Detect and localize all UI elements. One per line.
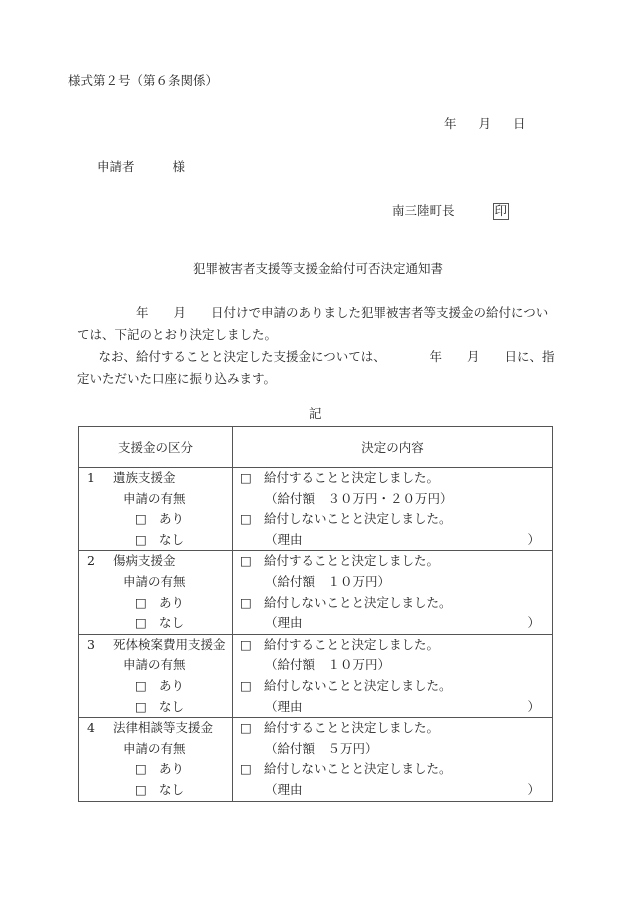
applicant-honorific: 様 <box>173 159 186 174</box>
checkbox-no[interactable]: □ <box>135 780 159 801</box>
row-number: 2 <box>87 551 113 572</box>
no-label: なし <box>159 532 184 547</box>
seal-stamp: 印 <box>493 203 510 220</box>
deny-text: 給付しないことと決定しました。 <box>264 761 452 776</box>
application-label: 申請の有無 <box>79 739 232 760</box>
category-name: 傷病支援金 <box>113 553 176 568</box>
grant-text: 給付することと決定しました。 <box>264 720 439 735</box>
application-label: 申請の有無 <box>79 489 232 510</box>
checkbox-yes[interactable]: □ <box>135 759 159 780</box>
grant-amount: （給付額 ３０万円・２０万円） <box>233 489 552 510</box>
deny-text: 給付しないことと決定しました。 <box>264 511 452 526</box>
checkbox-grant[interactable]: □ <box>240 468 264 489</box>
checkbox-deny[interactable]: □ <box>240 509 264 530</box>
row-number: 1 <box>87 468 113 489</box>
date-line: 年月日 <box>444 118 526 131</box>
checkbox-grant[interactable]: □ <box>240 551 264 572</box>
no-label: なし <box>159 699 184 714</box>
applicant-line: 申請者様 <box>97 161 185 174</box>
reason-open: （理由 <box>265 532 303 547</box>
body-line-2: ては、下記のとおり決定しました。 <box>77 324 546 346</box>
reason-close: ） <box>527 530 540 551</box>
category-cell: 2傷病支援金 申請の有無 □あり □なし <box>79 551 233 634</box>
checkbox-deny[interactable]: □ <box>240 593 264 614</box>
checkbox-yes[interactable]: □ <box>135 509 159 530</box>
checkbox-deny[interactable]: □ <box>240 759 264 780</box>
checkbox-yes[interactable]: □ <box>135 676 159 697</box>
checkbox-no[interactable]: □ <box>135 697 159 718</box>
checkbox-deny[interactable]: □ <box>240 676 264 697</box>
decision-table: 支援金の区分 決定の内容 1遺族支援金 申請の有無 □あり □なし □給付するこ… <box>78 426 553 802</box>
ki-heading: 記 <box>309 408 322 421</box>
checkbox-grant[interactable]: □ <box>240 718 264 739</box>
category-cell: 4法律相談等支援金 申請の有無 □あり □なし <box>79 718 233 801</box>
applicant-label: 申請者 <box>97 159 135 174</box>
form-number: 様式第２号（第６条関係） <box>68 75 218 88</box>
deny-text: 給付しないことと決定しました。 <box>264 678 452 693</box>
decision-cell: □給付することと決定しました。 （給付額 ５万円） □給付しないことと決定しまし… <box>233 718 553 801</box>
body-line-4: 定いただいた口座に振り込みます。 <box>77 368 546 390</box>
grant-text: 給付することと決定しました。 <box>264 553 439 568</box>
table-row: 1遺族支援金 申請の有無 □あり □なし □給付することと決定しました。 （給付… <box>79 468 553 551</box>
body-line-1: 年 月 日付けで申請のありました犯罪被害者等支援金の給付につい <box>86 302 546 324</box>
category-name: 遺族支援金 <box>113 470 176 485</box>
no-label: なし <box>159 615 184 630</box>
category-name: 法律相談等支援金 <box>113 720 213 735</box>
issuer-title: 南三陸町長 <box>392 203 455 218</box>
grant-text: 給付することと決定しました。 <box>264 637 439 652</box>
reason-open: （理由 <box>265 615 303 630</box>
checkbox-grant[interactable]: □ <box>240 635 264 656</box>
reason-open: （理由 <box>265 699 303 714</box>
grant-amount: （給付額 １０万円） <box>233 655 552 676</box>
table-row: 2傷病支援金 申請の有無 □あり □なし □給付することと決定しました。 （給付… <box>79 551 553 634</box>
yes-label: あり <box>159 761 184 776</box>
decision-cell: □給付することと決定しました。 （給付額 ３０万円・２０万円） □給付しないこと… <box>233 468 553 551</box>
table-row: 4法律相談等支援金 申請の有無 □あり □なし □給付することと決定しました。 … <box>79 718 553 801</box>
header-category: 支援金の区分 <box>79 427 233 468</box>
table-row: 3死体検案費用支援金 申請の有無 □あり □なし □給付することと決定しました。… <box>79 634 553 717</box>
yes-label: あり <box>159 511 184 526</box>
reason-close: ） <box>527 613 540 634</box>
table-header-row: 支援金の区分 決定の内容 <box>79 427 553 468</box>
issuer-line: 南三陸町長印 <box>392 203 509 220</box>
category-name: 死体検案費用支援金 <box>113 637 226 652</box>
date-month: 月 <box>479 118 492 131</box>
checkbox-yes[interactable]: □ <box>135 593 159 614</box>
yes-label: あり <box>159 678 184 693</box>
body-text: 年 月 日付けで申請のありました犯罪被害者等支援金の給付につい ては、下記のとお… <box>86 302 546 390</box>
yes-label: あり <box>159 595 184 610</box>
reason-close: ） <box>527 697 540 718</box>
application-label: 申請の有無 <box>79 655 232 676</box>
reason-open: （理由 <box>265 782 303 797</box>
application-label: 申請の有無 <box>79 572 232 593</box>
document-title: 犯罪被害者支援等支援金給付可否決定通知書 <box>193 263 443 276</box>
category-cell: 3死体検案費用支援金 申請の有無 □あり □なし <box>79 634 233 717</box>
checkbox-no[interactable]: □ <box>135 530 159 551</box>
reason-close: ） <box>527 780 540 801</box>
checkbox-no[interactable]: □ <box>135 613 159 634</box>
deny-text: 給付しないことと決定しました。 <box>264 595 452 610</box>
date-year: 年 <box>444 118 457 131</box>
category-cell: 1遺族支援金 申請の有無 □あり □なし <box>79 468 233 551</box>
decision-cell: □給付することと決定しました。 （給付額 １０万円） □給付しないことと決定しま… <box>233 634 553 717</box>
no-label: なし <box>159 782 184 797</box>
header-decision: 決定の内容 <box>233 427 553 468</box>
date-day: 日 <box>513 118 526 131</box>
grant-amount: （給付額 ５万円） <box>233 739 552 760</box>
grant-text: 給付することと決定しました。 <box>264 470 439 485</box>
row-number: 3 <box>87 635 113 656</box>
body-line-3: なお、給付することと決定した支援金については、 年 月 日に、指 <box>86 346 546 368</box>
grant-amount: （給付額 １０万円） <box>233 572 552 593</box>
row-number: 4 <box>87 718 113 739</box>
decision-cell: □給付することと決定しました。 （給付額 １０万円） □給付しないことと決定しま… <box>233 551 553 634</box>
